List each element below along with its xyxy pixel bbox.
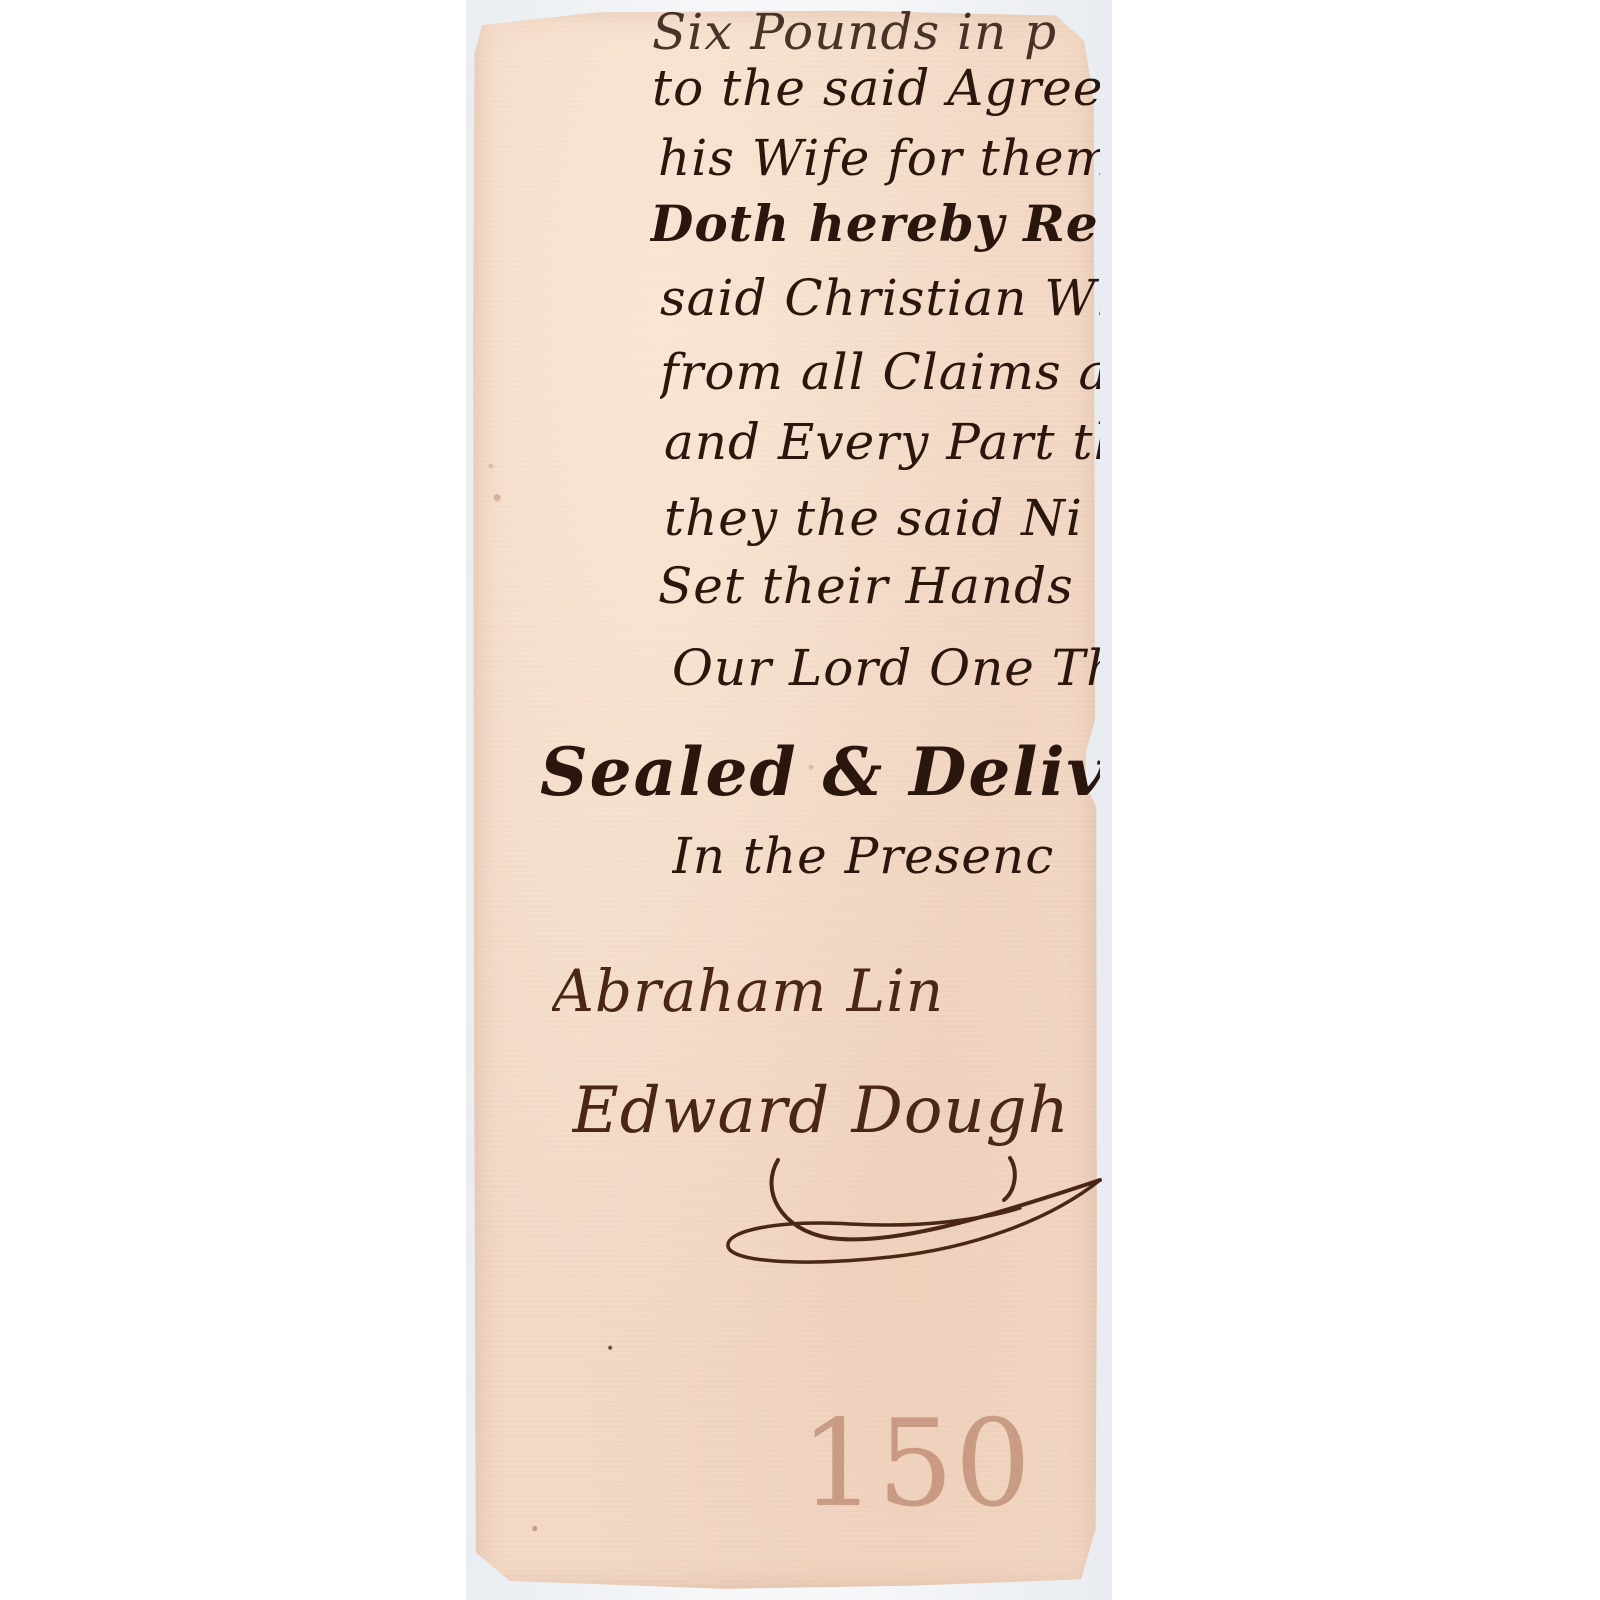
presence-line: In the Presenc — [672, 826, 1100, 888]
signature-edward: Edward Dough — [572, 1076, 1100, 1150]
signature-flourish-icon — [720, 1150, 1110, 1280]
document-line-6: from all Claims a — [660, 342, 1100, 404]
document-line-2: to the said Agreem — [652, 58, 1100, 120]
sealed-delivered-heading: Sealed & Deliv — [540, 732, 1100, 816]
scan-stage: Six Pounds in p to the said Agreem his W… — [0, 0, 1600, 1600]
document-line-3: his Wife for them s — [658, 128, 1100, 190]
document-line-4: Doth hereby Re — [650, 194, 1100, 256]
document-line-8: they the said Ni — [664, 488, 1100, 550]
document-line-1: Six Pounds in p — [652, 2, 1100, 64]
document-line-10: Our Lord One Th — [672, 638, 1100, 700]
document-line-9: Set their Hands — [658, 556, 1100, 618]
signature-abraham: Abraham Lin — [552, 956, 1100, 1030]
document-line-7: and Every Part th — [664, 412, 1100, 474]
faint-marking: 150 — [800, 1400, 1100, 1540]
document-line-5: said Christian Wh — [660, 268, 1100, 330]
